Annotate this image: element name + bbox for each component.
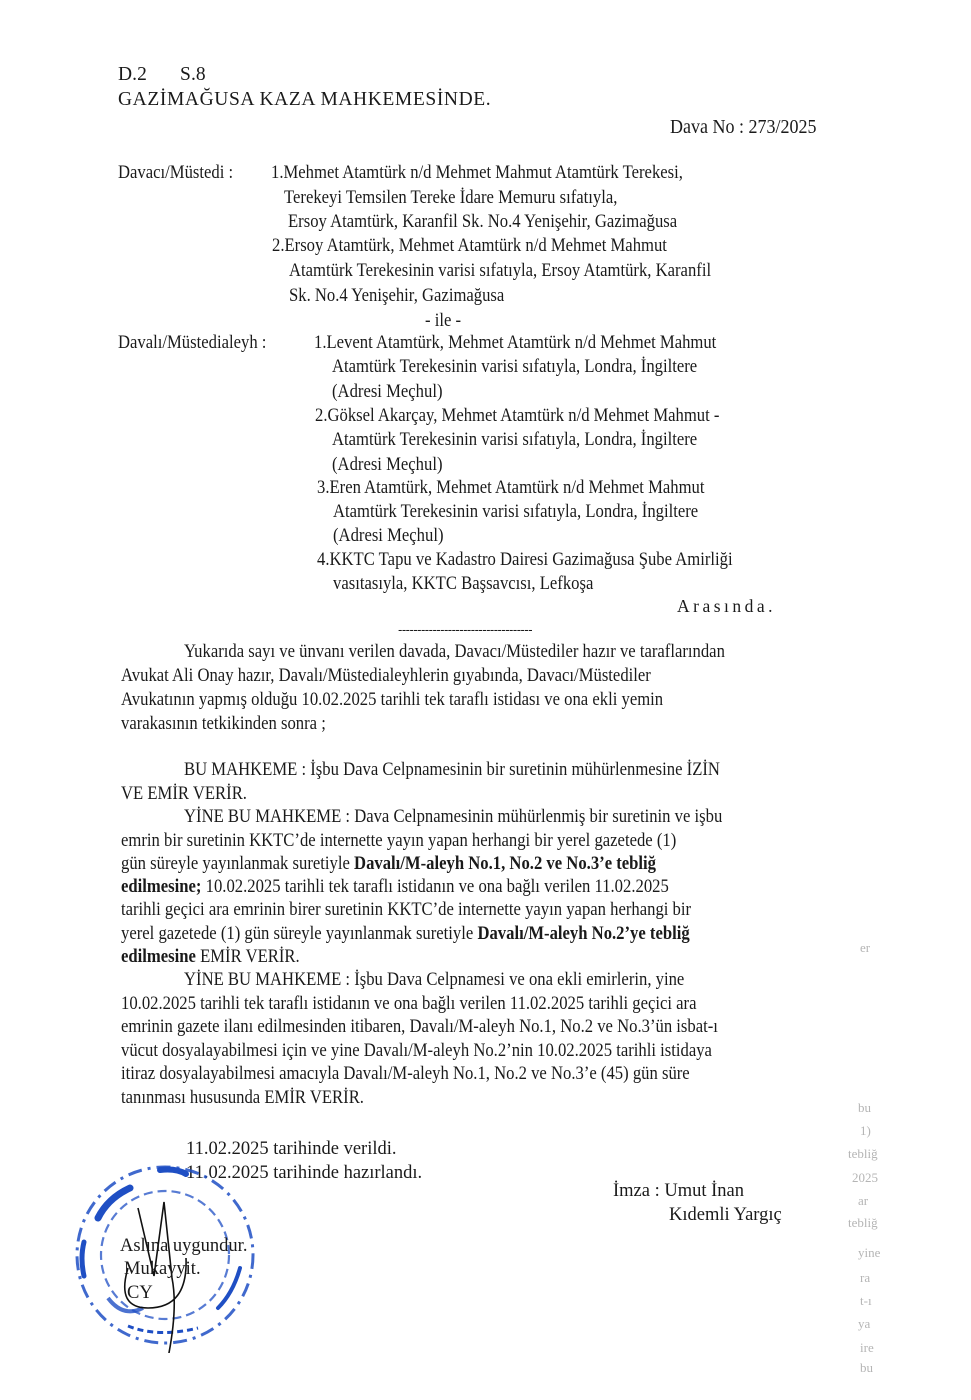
order3-line: 10.02.2025 tarihli tek taraflı istidanın… [121,994,696,1015]
intro-line: Avukat Ali Onay hazır, Davalı/Müstediale… [121,666,880,687]
signature-title: Kıdemli Yargıç [669,1205,782,1226]
bleed-through-text: ra [860,1270,870,1286]
order3-line: YİNE BU MAHKEME : İşbu Dava Celpnamesi v… [184,970,684,991]
arasinda-label: Arasında. [677,596,776,617]
bleed-through-text: t-ı [860,1293,872,1309]
defendant-line: Atamtürk Terekesinin varisi sıfatıyla, L… [332,357,697,378]
order3-line: emrinin gazete ilanı edilmesinden itibar… [121,1017,718,1038]
order2-line: tarihli geçici ara emrinin birer suretin… [121,900,691,921]
court-order-page: D.2 S.8 GAZİMAĞUSA KAZA MAHKEMESİNDE. Da… [0,0,971,1400]
bleed-through-text: tebliğ [848,1215,878,1231]
date-given: 11.02.2025 tarihinde verildi. [186,1139,396,1160]
bleed-through-text: ya [858,1316,870,1332]
order2-text: yerel gazetede (1) gün süreyle yayınlanm… [121,924,477,944]
order3-line: itiraz dosyalayabilmesi amacıyla Davalı/… [121,1064,690,1085]
defendant-line: (Adresi Meçhul) [332,455,443,476]
order2-line: YİNE BU MAHKEME : Dava Celpnamesinin müh… [184,807,722,828]
certification-true-copy: Aslına uygundur. [120,1236,247,1257]
defendant-line: (Adresi Meçhul) [332,382,443,403]
defendant-line: Atamtürk Terekesinin varisi sıfatıyla, L… [332,430,697,451]
plaintiff-label: Davacı/Müstedi : [118,163,233,184]
bleed-through-text: ar [858,1193,868,1209]
document-ref-s: S.8 [180,64,206,86]
case-number: Dava No : 273/2025 [670,116,816,139]
intro-line: Avukatının yapmış olduğu 10.02.2025 tari… [121,690,880,711]
order2-text: gün süreyle yayınlanmak suretiyle [121,854,354,874]
order2-bold: Davalı/M-aleyh No.2’ye tebliğ [477,924,689,944]
bleed-through-text: er [860,940,870,956]
plaintiff-line: 2.Ersoy Atamtürk, Mehmet Atamtürk n/d Me… [272,236,667,257]
bleed-through-text: tebliğ [848,1146,878,1162]
order1-line: VE EMİR VERİR. [121,784,247,805]
order2-line: yerel gazetede (1) gün süreyle yayınlanm… [121,924,690,945]
defendant-label: Davalı/Müstedialeyh : [118,333,266,354]
order2-text: EMİR VERİR. [196,947,300,967]
order2-bold: edilmesine [121,947,196,967]
order3-line: vücut dosyalayabilmesi için ve yine Dava… [121,1041,712,1062]
certification-initials: CY [127,1283,153,1304]
certification-registrar: Mukayyit. [124,1259,201,1280]
order2-line: emrin bir suretinin KKTC’de internette y… [121,831,676,852]
plaintiff-line: Sk. No.4 Yenişehir, Gazimağusa [289,286,504,307]
defendant-line: 4.KKTC Tapu ve Kadastro Dairesi Gazimağu… [317,550,733,571]
plaintiff-line: Ersoy Atamtürk, Karanfil Sk. No.4 Yenişe… [288,212,677,233]
defendant-line: (Adresi Meçhul) [333,526,444,547]
plaintiff-line: Terekeyi Temsilen Tereke İdare Memuru sı… [284,188,617,209]
order2-line: edilmesine EMİR VERİR. [121,947,300,968]
order2-line: gün süreyle yayınlanmak suretiyle Davalı… [121,854,656,875]
defendant-line: 2.Göksel Akarçay, Mehmet Atamtürk n/d Me… [315,406,719,427]
order1-line: BU MAHKEME : İşbu Dava Celpnamesinin bir… [184,760,720,781]
intro-line: Yukarıda sayı ve ünvanı verilen davada, … [184,642,877,663]
bleed-through-text: bu [860,1360,873,1376]
order3-line: tanınması hususunda EMİR VERİR. [121,1088,364,1109]
bleed-through-text: ire [860,1340,874,1356]
defendant-line: 1.Levent Atamtürk, Mehmet Atamtürk n/d M… [314,333,716,354]
order2-line: edilmesine; 10.02.2025 tarihli tek taraf… [121,877,669,898]
bleed-through-text: 1) [860,1123,871,1139]
bleed-through-text: bu [858,1100,871,1116]
court-name: GAZİMAĞUSA KAZA MAHKEMESİNDE. [118,89,491,111]
bleed-through-text: 2025 [852,1170,878,1186]
signature-name: İmza : Umut İnan [613,1181,744,1202]
document-ref-d: D.2 [118,64,147,86]
plaintiff-line: 1.Mehmet Atamtürk n/d Mehmet Mahmut Atam… [271,163,683,184]
defendant-line: Atamtürk Terekesinin varisi sıfatıyla, L… [333,502,698,523]
between-word: - ile - [425,311,461,332]
bleed-through-text: yine [858,1245,880,1261]
order2-bold: Davalı/M-aleyh No.1, No.2 ve No.3’e tebl… [354,854,656,874]
section-separator: ----------------------------------- [398,622,532,637]
defendant-line: 3.Eren Atamtürk, Mehmet Atamtürk n/d Meh… [317,478,705,499]
intro-line: varakasının tetkikinden sonra ; [121,714,326,735]
order2-bold: edilmesine; [121,877,201,897]
defendant-line: vasıtasıyla, KKTC Başsavcısı, Lefkoşa [333,574,593,595]
order2-text: 10.02.2025 tarihli tek taraflı istidanın… [201,877,668,897]
plaintiff-line: Atamtürk Terekesinin varisi sıfatıyla, E… [289,261,711,282]
